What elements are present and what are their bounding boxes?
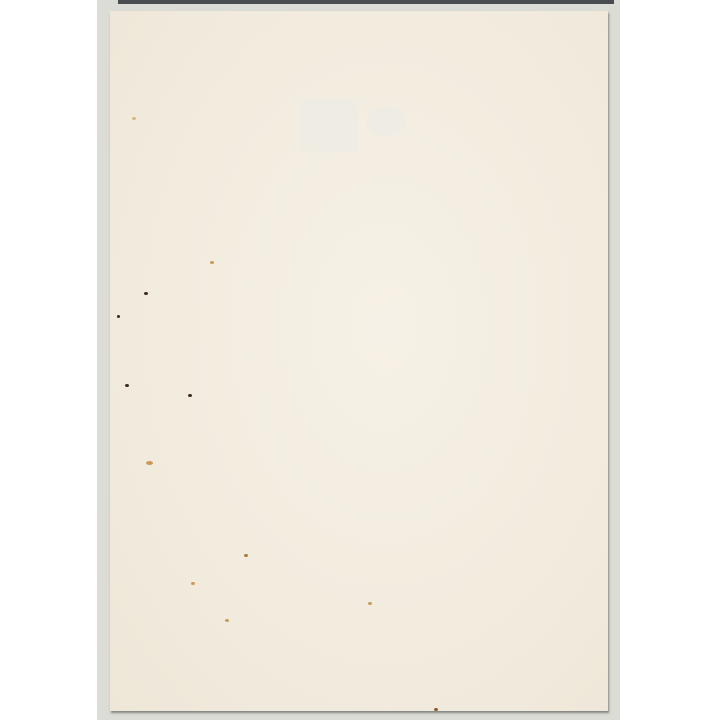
foxing-spot (144, 292, 148, 295)
foxing-spot (225, 619, 229, 622)
foxing-spot (244, 554, 248, 557)
show-through-mark-right (366, 106, 406, 136)
foxing-spot (368, 602, 372, 605)
foxing-spot (132, 117, 136, 120)
foxing-spot (434, 708, 438, 711)
paper-sheet (110, 11, 608, 711)
show-through-mark-left (300, 99, 358, 151)
backing-top-edge (118, 0, 614, 4)
foxing-spot (210, 261, 214, 264)
foxing-spot (117, 315, 120, 318)
foxing-spot (146, 461, 153, 465)
foxing-spot (125, 384, 129, 387)
foxing-spot (188, 394, 192, 397)
foxing-spot (191, 582, 195, 585)
